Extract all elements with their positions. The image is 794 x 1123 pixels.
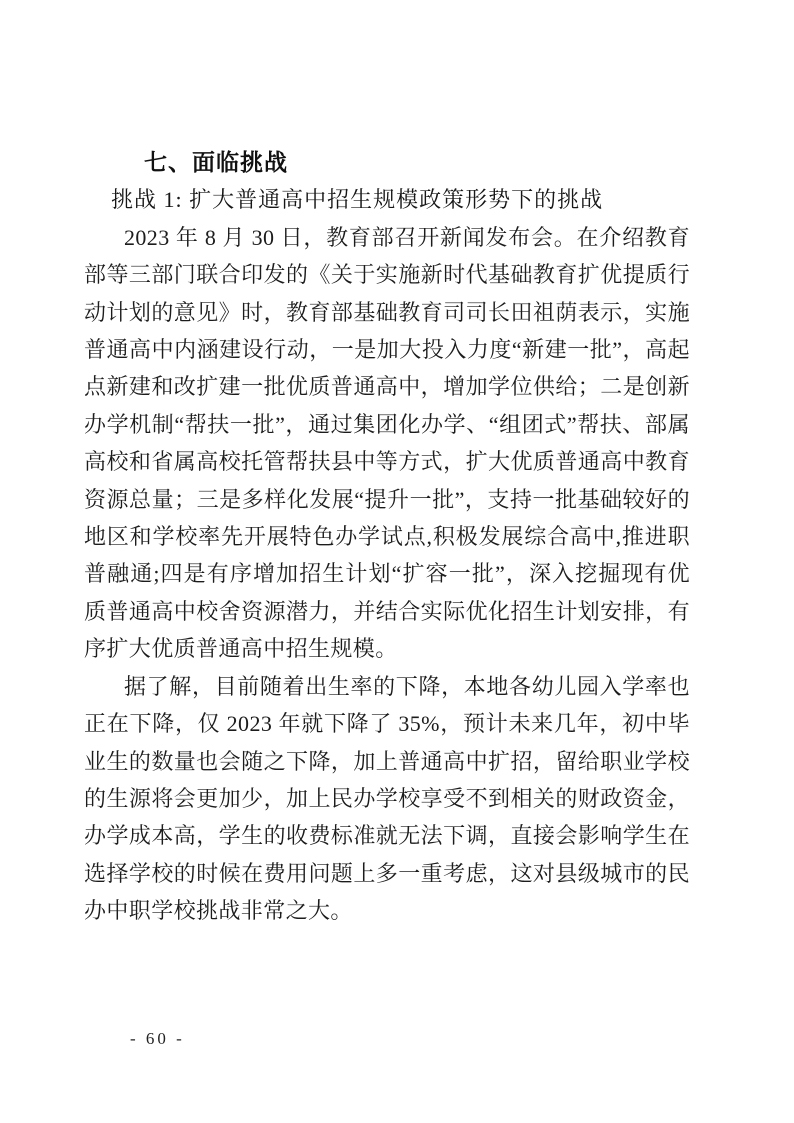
body-paragraph-2: 据了解，目前随着出生率的下降，本地各幼儿园入学率也正在下降，仅 2023 年就下… xyxy=(84,668,690,930)
document-body: 七、面临挑战 挑战 1: 扩大普通高中招生规模政策形势下的挑战 2023 年 8… xyxy=(84,144,690,930)
challenge-subheading: 挑战 1: 扩大普通高中招生规模政策形势下的挑战 xyxy=(84,181,690,218)
section-heading: 七、面临挑战 xyxy=(84,144,690,181)
document-page: 七、面临挑战 挑战 1: 扩大普通高中招生规模政策形势下的挑战 2023 年 8… xyxy=(0,0,794,1123)
body-paragraph-1: 2023 年 8 月 30 日，教育部召开新闻发布会。在介绍教育部等三部门联合印… xyxy=(84,219,690,668)
page-number: - 60 - xyxy=(130,1029,185,1049)
